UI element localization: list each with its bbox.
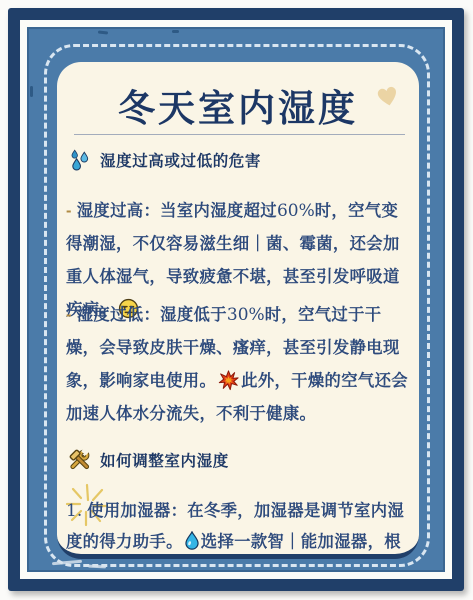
text-segment-text: 湿度低于: [160, 306, 227, 324]
text-segment-label: 湿度过低：: [77, 306, 160, 324]
section-heading-adjust: 如何调整室内湿度: [68, 448, 229, 471]
title-divider: [74, 134, 405, 135]
droplets-icon: [68, 148, 91, 171]
section-heading-harms: 湿度过高或过低的危害: [68, 148, 261, 171]
text-segment-dash: -: [66, 202, 77, 220]
text-segment-text: 当室内湿度超过: [160, 202, 277, 220]
frame-sketch-mark: [172, 30, 179, 33]
paragraph-humidifier-tip: 1. 使用加湿器：在冬季，加湿器是调节室内湿度的得力助手。选择一款智｜能加湿器，…: [66, 496, 412, 559]
page-title: 冬天室内湿度: [57, 78, 419, 132]
tools-icon: [68, 448, 91, 471]
section-heading-label: 如何调整室内湿度: [100, 449, 229, 471]
frame-sketch-mark: [30, 86, 33, 97]
droplet-icon: [185, 531, 199, 550]
text-segment-num: 60%: [277, 201, 315, 221]
content-card: 冬天室内湿度 湿度过高或过低的危害 - 湿度过高：当室内湿度超过60%时，空气变…: [57, 62, 419, 559]
text-segment-label: 湿度过高：: [77, 202, 160, 220]
text-segment-label: 使用加湿器：: [87, 502, 187, 520]
section-heading-label: 湿度过高或过低的危害: [100, 149, 261, 171]
collision-icon: [218, 370, 239, 391]
text-segment-num: 1.: [66, 501, 82, 521]
text-segment-dash: -: [66, 306, 77, 324]
text-segment-num: 30%: [227, 305, 265, 325]
paragraph-low-humidity: - 湿度过低：湿度低于30%时，空气过于干燥，会导致皮肤干燥、瘙痒，甚至引发静电…: [66, 299, 412, 431]
poster-page: 冬天室内湿度 湿度过高或过低的危害 - 湿度过高：当室内湿度超过60%时，空气变…: [0, 0, 473, 600]
heart-doodle-icon: [371, 79, 403, 111]
